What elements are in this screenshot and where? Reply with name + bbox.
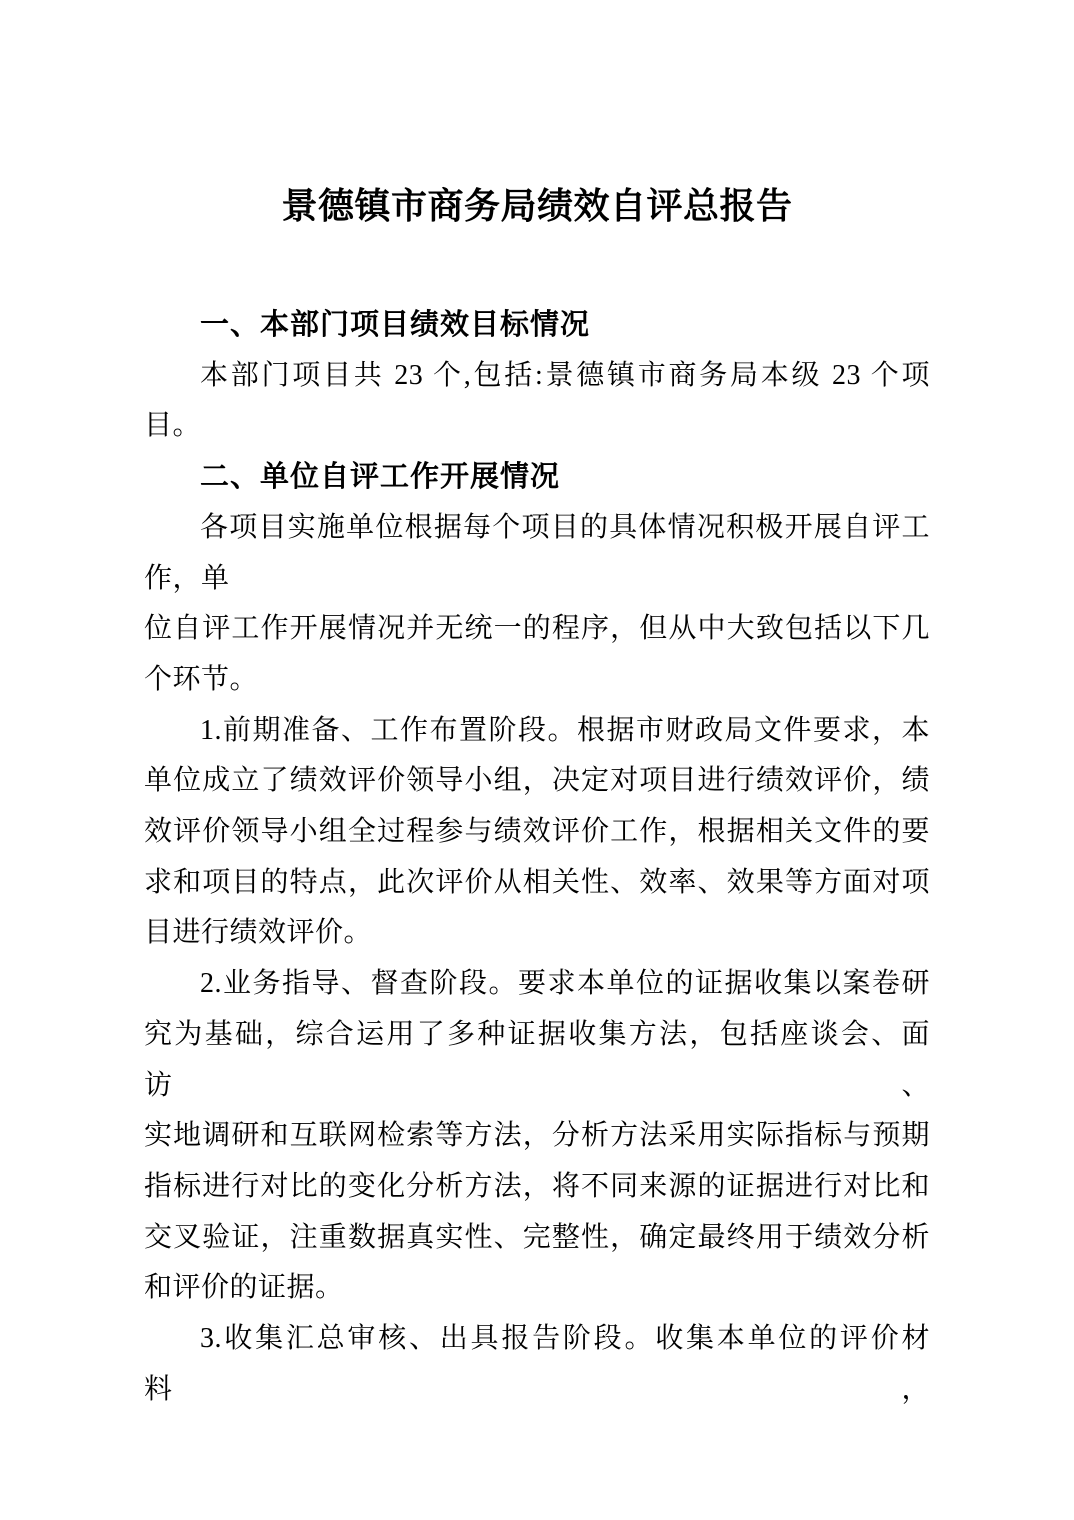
text-line: 目进行绩效评价。 [144, 908, 930, 959]
text-line: 2.业务指导、督查阶段。要求本单位的证据收集以案卷研 [144, 959, 930, 1010]
text-line: 各项目实施单位根据每个项目的具体情况积极开展自评工 [144, 503, 930, 554]
text-line: 究为基础，综合运用了多种证据收集方法，包括座谈会、面访、 [144, 1010, 930, 1111]
document-title: 景德镇市商务局绩效自评总报告 [144, 180, 930, 232]
document-page: 景德镇市商务局绩效自评总报告 一、本部门项目绩效目标情况 本部门项目共 23 个… [0, 0, 1074, 1520]
text-line: 指标进行对比的变化分析方法，将不同来源的证据进行对比和 [144, 1162, 930, 1213]
text-line: 位自评工作开展情况并无统一的程序，但从中大致包括以下几 [144, 604, 930, 655]
text-line: 作，单 [144, 554, 930, 605]
text-line: 实地调研和互联网检索等方法，分析方法采用实际指标与预期 [144, 1111, 930, 1162]
document-content: 景德镇市商务局绩效自评总报告 一、本部门项目绩效目标情况 本部门项目共 23 个… [0, 0, 1074, 1415]
text-line: 本部门项目共 23 个,包括:景德镇市商务局本级 23 个项 [144, 351, 930, 402]
section-heading-2: 二、单位自评工作开展情况 [144, 452, 930, 503]
section-heading-1: 一、本部门项目绩效目标情况 [144, 300, 930, 351]
text-line: 单位成立了绩效评价领导小组，决定对项目进行绩效评价，绩 [144, 756, 930, 807]
text-line: 1.前期准备、工作布置阶段。根据市财政局文件要求，本 [144, 706, 930, 757]
text-line: 目。 [144, 401, 930, 452]
text-line: 效评价领导小组全过程参与绩效评价工作，根据相关文件的要 [144, 807, 930, 858]
text-line: 求和项目的特点，此次评价从相关性、效率、效果等方面对项 [144, 858, 930, 909]
text-line: 和评价的证据。 [144, 1263, 930, 1314]
document-body: 一、本部门项目绩效目标情况 本部门项目共 23 个,包括:景德镇市商务局本级 2… [144, 300, 930, 1415]
text-line: 3.收集汇总审核、出具报告阶段。收集本单位的评价材料， [144, 1314, 930, 1415]
text-line: 交叉验证，注重数据真实性、完整性，确定最终用于绩效分析 [144, 1213, 930, 1264]
text-line: 个环节。 [144, 655, 930, 706]
